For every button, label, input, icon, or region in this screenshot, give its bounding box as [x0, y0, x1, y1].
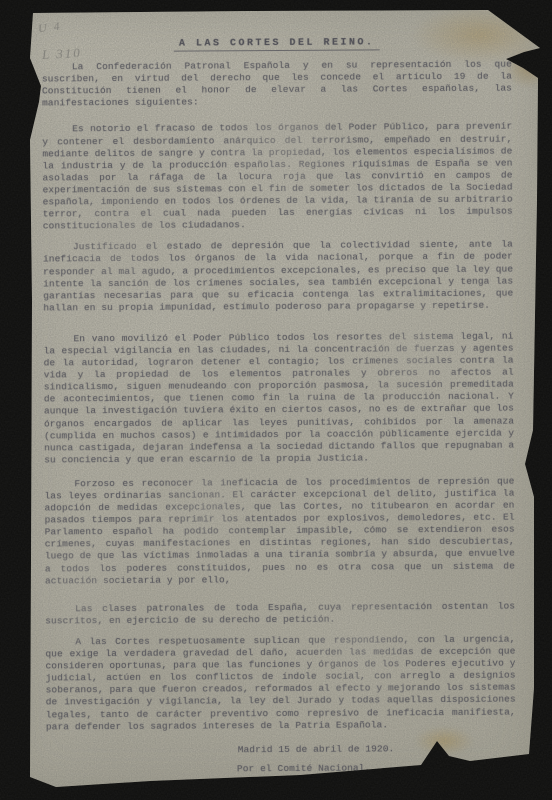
pencil-archive-mark: U 4 — [37, 19, 62, 37]
document-committee-line: Por el Comité Nacional. — [46, 761, 516, 776]
document-page: U 4 L 310 A LAS CORTES DEL REINO. La Con… — [0, 0, 552, 800]
document-dateline: Madrid 15 de abril de 1920. — [46, 742, 516, 757]
document-paragraph: Las clases patronales de toda España, cu… — [45, 600, 515, 627]
scanned-document-photo: { "document": { "archival_marks": { "mar… — [0, 0, 552, 800]
document-title: A LAS CORTES DEL REINO. — [42, 37, 512, 52]
typewritten-text-block: A LAS CORTES DEL REINO. La Confederación… — [42, 37, 517, 799]
document-paragraph: Forzoso es reconocer la ineficacia de lo… — [44, 475, 515, 587]
document-paragraph: Justificado el estado de depresión que l… — [43, 239, 513, 314]
document-paragraph: A las Cortes respetuosamente suplican qu… — [45, 633, 516, 733]
document-paragraph: La Confederación Patronal Española y en … — [42, 59, 512, 110]
document-paragraph: Es notorio el fracaso de todos los órgan… — [42, 121, 513, 233]
document-paragraph: En vano movilizó el Poder Público todos … — [43, 330, 514, 466]
document-signatures: Francisco Junoy - Félix Graupera - José … — [46, 783, 516, 798]
